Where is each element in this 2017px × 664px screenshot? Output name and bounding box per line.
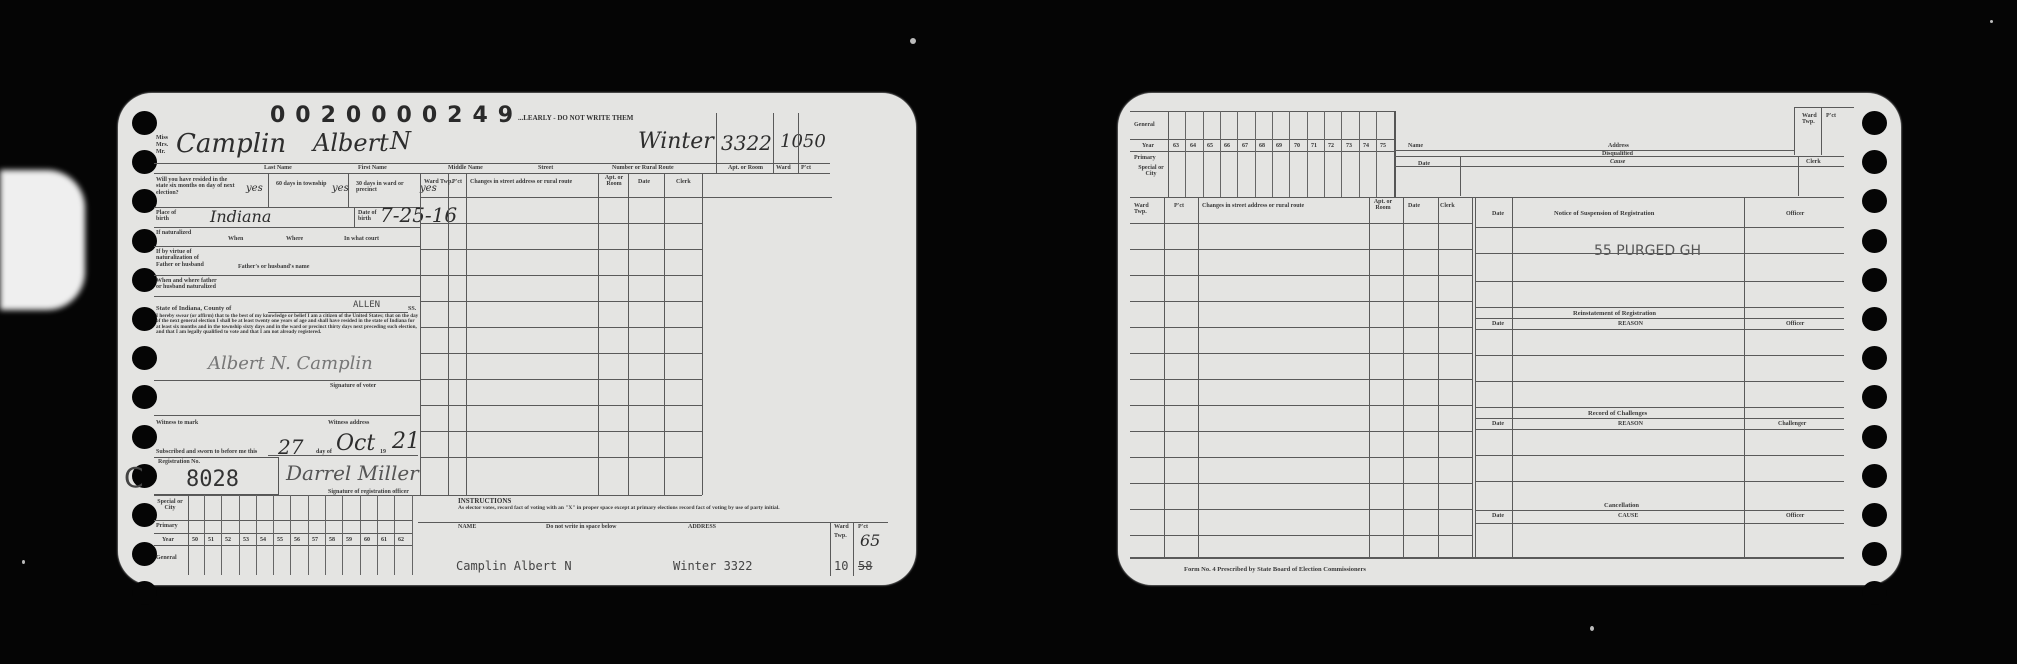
challenges-header-challenger: Challenger	[1778, 421, 1806, 427]
middle-name-label: Middle Name	[448, 165, 483, 171]
back-grid-year: 66	[1224, 143, 1230, 149]
back-changes-header-apt: Apt. or Room	[1370, 199, 1396, 212]
instructions-text: As elector votes, record fact of voting …	[458, 506, 828, 512]
witness-address-label: Witness address	[328, 420, 369, 426]
front-changes-header-ward: Ward Twp.	[424, 179, 453, 185]
bottom-name-label: NAME	[458, 524, 476, 530]
back-grid-year: 64	[1190, 143, 1196, 149]
oath-state-line: State of Indiana, County of	[156, 306, 231, 313]
salutation-mr: Mr.	[156, 149, 165, 155]
grid-year: 59	[346, 537, 352, 543]
witness-mark-label: Witness to mark	[156, 420, 198, 426]
oath-county: ALLEN	[353, 300, 380, 310]
number-value: 3322	[721, 131, 772, 155]
header-note: ...LEARLY - DO NOT WRITE THEM	[518, 115, 633, 122]
grid-label-general: General	[156, 555, 177, 561]
back-grid-year: 72	[1328, 143, 1334, 149]
voter-signature: Albert N. Camplin	[208, 353, 373, 374]
apt-label: Apt. or Room	[728, 165, 763, 171]
back-grid-year: 69	[1276, 143, 1282, 149]
suspension-header-date: Date	[1492, 211, 1504, 217]
sworn-label: Subscribed and sworn to before me this	[156, 449, 257, 455]
back-changes-header-ward: Ward Twp.	[1134, 203, 1158, 216]
oath-text: I hereby swear (or affirm) that to the b…	[156, 314, 420, 336]
last-name-label: Last Name	[264, 165, 292, 171]
reinstatement-title: Reinstatement of Registration	[1573, 311, 1656, 318]
naturalized-court-label: In what court	[344, 236, 379, 242]
registration-officer-signature: Darrel Miller	[286, 461, 419, 485]
disqualified-address-label: Address	[1608, 143, 1629, 149]
naturalized-label: If naturalized	[156, 230, 196, 236]
sworn-year: 21	[392, 429, 420, 454]
grid-label-primary: Primary	[156, 523, 178, 529]
cancellation-header-officer: Officer	[1786, 513, 1804, 519]
reinstatement-header-date: Date	[1492, 321, 1504, 327]
back-grid-label-special: Special or City	[1136, 165, 1166, 178]
back-changes-header-date: Date	[1408, 203, 1420, 209]
grid-year: 62	[398, 537, 404, 543]
reinstatement-header-officer: Officer	[1786, 321, 1804, 327]
form-footer: Form No. 4 Prescribed by State Board of …	[1184, 567, 1366, 574]
naturalized-where-label: Where	[286, 236, 303, 242]
grid-year: 53	[243, 537, 249, 543]
challenges-header-date: Date	[1492, 421, 1504, 427]
residency-ward-question: 30 days in ward or precinct	[356, 181, 416, 194]
back-grid-year: 75	[1380, 143, 1386, 149]
middle-name-value: N	[390, 127, 411, 155]
voter-signature-label: Signature of voter	[330, 383, 376, 389]
grid-year: 55	[277, 537, 283, 543]
grid-year: 61	[381, 537, 387, 543]
front-changes-header-apt: Apt. or Room	[600, 175, 628, 188]
birth-place-label: Place of birth	[156, 210, 186, 223]
father-naturalization-label: If by virtue of naturalization of Father…	[156, 249, 216, 268]
father-when-where-label: When and where father or husband natural…	[156, 278, 222, 291]
grid-year: 50	[192, 537, 198, 543]
oath-ss: SS.	[408, 306, 416, 312]
typed-ward: 10	[834, 559, 848, 573]
disqualified-clerk-label: Clerk	[1806, 159, 1821, 165]
disqualified-pct-label: P'ct	[1826, 113, 1836, 119]
back-grid-year: 74	[1363, 143, 1369, 149]
bottom-ward-label: Ward	[834, 524, 849, 530]
back-grid-label-primary: Primary	[1134, 155, 1156, 161]
back-grid-year: 63	[1173, 143, 1179, 149]
registration-number: 8028	[186, 467, 239, 492]
back-grid-year: 68	[1259, 143, 1265, 149]
typed-address: Winter 3322	[673, 559, 752, 573]
residency-state-answer: yes	[246, 183, 263, 194]
front-changes-header-clerk: Clerk	[676, 179, 691, 185]
grid-year: 60	[364, 537, 370, 543]
bottom-pct-label: P'ct	[858, 524, 868, 530]
back-grid-year: 71	[1311, 143, 1317, 149]
challenges-title: Record of Challenges	[1588, 411, 1647, 418]
cancellation-header-cause: CAUSE	[1618, 513, 1638, 519]
registration-card-front: 0020000249 ...LEARLY - DO NOT WRITE THEM…	[118, 93, 916, 585]
grid-label-year: Year	[162, 537, 174, 543]
bottom-twp-label: Twp.	[834, 533, 847, 539]
front-changes-header-date: Date	[638, 179, 650, 185]
sworn-month: Oct	[336, 431, 375, 456]
handwritten-pct: 65	[860, 531, 880, 550]
disqualified-name-label: Name	[1408, 143, 1423, 149]
pct-label: P'ct	[801, 165, 811, 171]
punch-holes-right	[1862, 111, 1887, 605]
purged-stamp: 55 PURGED GH	[1594, 243, 1701, 259]
registration-card-back: General Year Primary Special or City 63 …	[1118, 93, 1901, 585]
back-grid-label-year: Year	[1142, 143, 1154, 149]
grid-year: 54	[260, 537, 266, 543]
grid-year: 52	[225, 537, 231, 543]
father-name-label: Father's or husband's name	[238, 264, 309, 270]
cancellation-header-date: Date	[1492, 513, 1504, 519]
salutation-miss: Miss	[156, 135, 168, 141]
grid-year: 57	[312, 537, 318, 543]
do-not-write-label: Do not write in space below	[546, 524, 617, 530]
salutation-mrs: Mrs.	[156, 142, 168, 148]
back-grid-year: 73	[1346, 143, 1352, 149]
typed-name: Camplin Albert N	[456, 559, 572, 573]
grid-year: 56	[294, 537, 300, 543]
street-value: Winter	[638, 129, 714, 154]
back-grid-year: 67	[1242, 143, 1248, 149]
grid-year: 51	[208, 537, 214, 543]
disqualified-cause-label: Cause	[1610, 159, 1625, 165]
street-label: Street	[538, 165, 553, 171]
back-grid-year: 65	[1207, 143, 1213, 149]
residency-township-question: 60 days in township	[276, 181, 330, 187]
front-changes-header-pct: P'ct	[452, 179, 462, 185]
disqualified-ward-label: Ward Twp.	[1802, 113, 1822, 126]
back-changes-header-address: Changes in street address or rural route	[1202, 203, 1304, 209]
back-grid-year: 70	[1294, 143, 1300, 149]
first-name-value: Albert	[313, 129, 389, 157]
back-grid-label-general: General	[1134, 122, 1155, 128]
serial-number: 0020000249	[270, 103, 523, 128]
birth-place-value: Indiana	[210, 207, 271, 226]
back-changes-header-pct: P'ct	[1174, 203, 1184, 209]
apt-value: 1050	[780, 131, 826, 152]
suspension-header-officer: Officer	[1786, 211, 1804, 217]
number-label: Number or Rural Route	[612, 165, 674, 171]
bottom-address-label: ADDRESS	[688, 524, 716, 530]
last-name-value: Camplin	[176, 129, 286, 159]
reinstatement-header-reason: REASON	[1618, 321, 1643, 327]
front-changes-header-address: Changes in street address or rural route	[470, 179, 572, 185]
grid-year: 58	[329, 537, 335, 543]
challenges-header-reason: REASON	[1618, 421, 1643, 427]
suspension-header-notice: Notice of Suspension of Registration	[1554, 211, 1654, 218]
cancellation-title: Cancellation	[1604, 503, 1639, 510]
back-changes-header-clerk: Clerk	[1440, 203, 1455, 209]
naturalized-when-label: When	[228, 236, 243, 242]
registration-letter: C	[124, 461, 144, 494]
residency-state-question: Will you have resided in the state six m…	[156, 177, 240, 196]
grid-label-special: Special or City	[156, 499, 184, 512]
residency-township-answer: yes	[332, 183, 349, 194]
scanner-glare	[0, 170, 85, 310]
ward-label: Ward	[776, 165, 791, 171]
typed-pct: 58	[858, 559, 872, 573]
first-name-label: First Name	[358, 165, 387, 171]
punch-holes-left	[132, 111, 157, 605]
